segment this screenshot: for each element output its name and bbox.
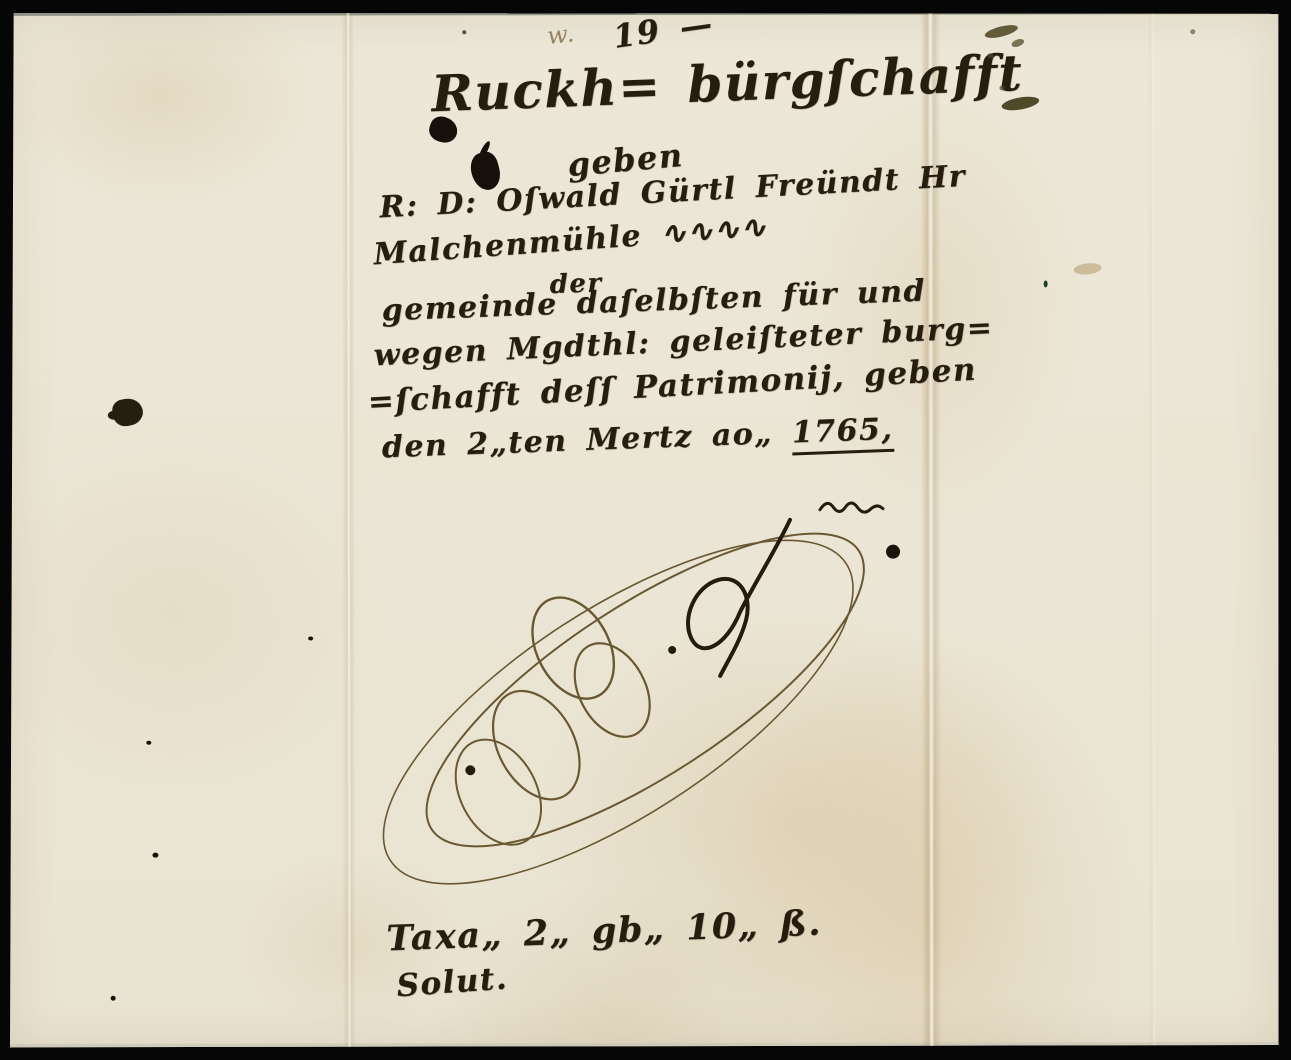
ink-blot [108, 411, 120, 420]
signature-paraph [380, 480, 921, 901]
solut-line: Solut. [395, 960, 509, 1004]
ink-speck [146, 741, 151, 745]
ink-speck [462, 30, 466, 34]
smudge-mark [984, 23, 1019, 41]
ink-speck [308, 636, 313, 640]
manuscript-paper: w. 19 — Ruckh= bürgſchafft geben R: D: O… [7, 11, 1281, 1049]
ink-speck [152, 853, 158, 858]
ink-dot [886, 545, 900, 559]
smudge-mark [987, 54, 993, 59]
ink-speck [1044, 280, 1048, 287]
date-year-underlined: 1765, [791, 412, 894, 456]
paraph-dark-stroke [688, 520, 790, 676]
fold-line-left [341, 12, 355, 1048]
photo-background: w. 19 — Ruckh= bürgſchafft geben R: D: O… [0, 0, 1291, 1060]
paraph-squiggle [820, 503, 883, 512]
ink-dot [465, 765, 475, 775]
paper-bottom-edge [9, 1042, 1282, 1049]
corner-faint-mark: w. [546, 19, 577, 50]
smudge-mark [999, 85, 1005, 90]
faint-stain-squiggle [1073, 262, 1102, 276]
ink-dot [668, 646, 676, 654]
date-prefix: den 2„ten Mertz ao„ [381, 415, 792, 465]
ink-speck [111, 996, 116, 1001]
date-line: den 2„ten Mertz ao„ 1765, [381, 412, 894, 466]
smudge-mark [1190, 29, 1195, 34]
corner-number: 19 — [611, 4, 716, 56]
fold-line-faint [1147, 11, 1156, 1047]
taxa-line: Taxa„ 2„ gb„ 10„ ß. [386, 903, 823, 960]
